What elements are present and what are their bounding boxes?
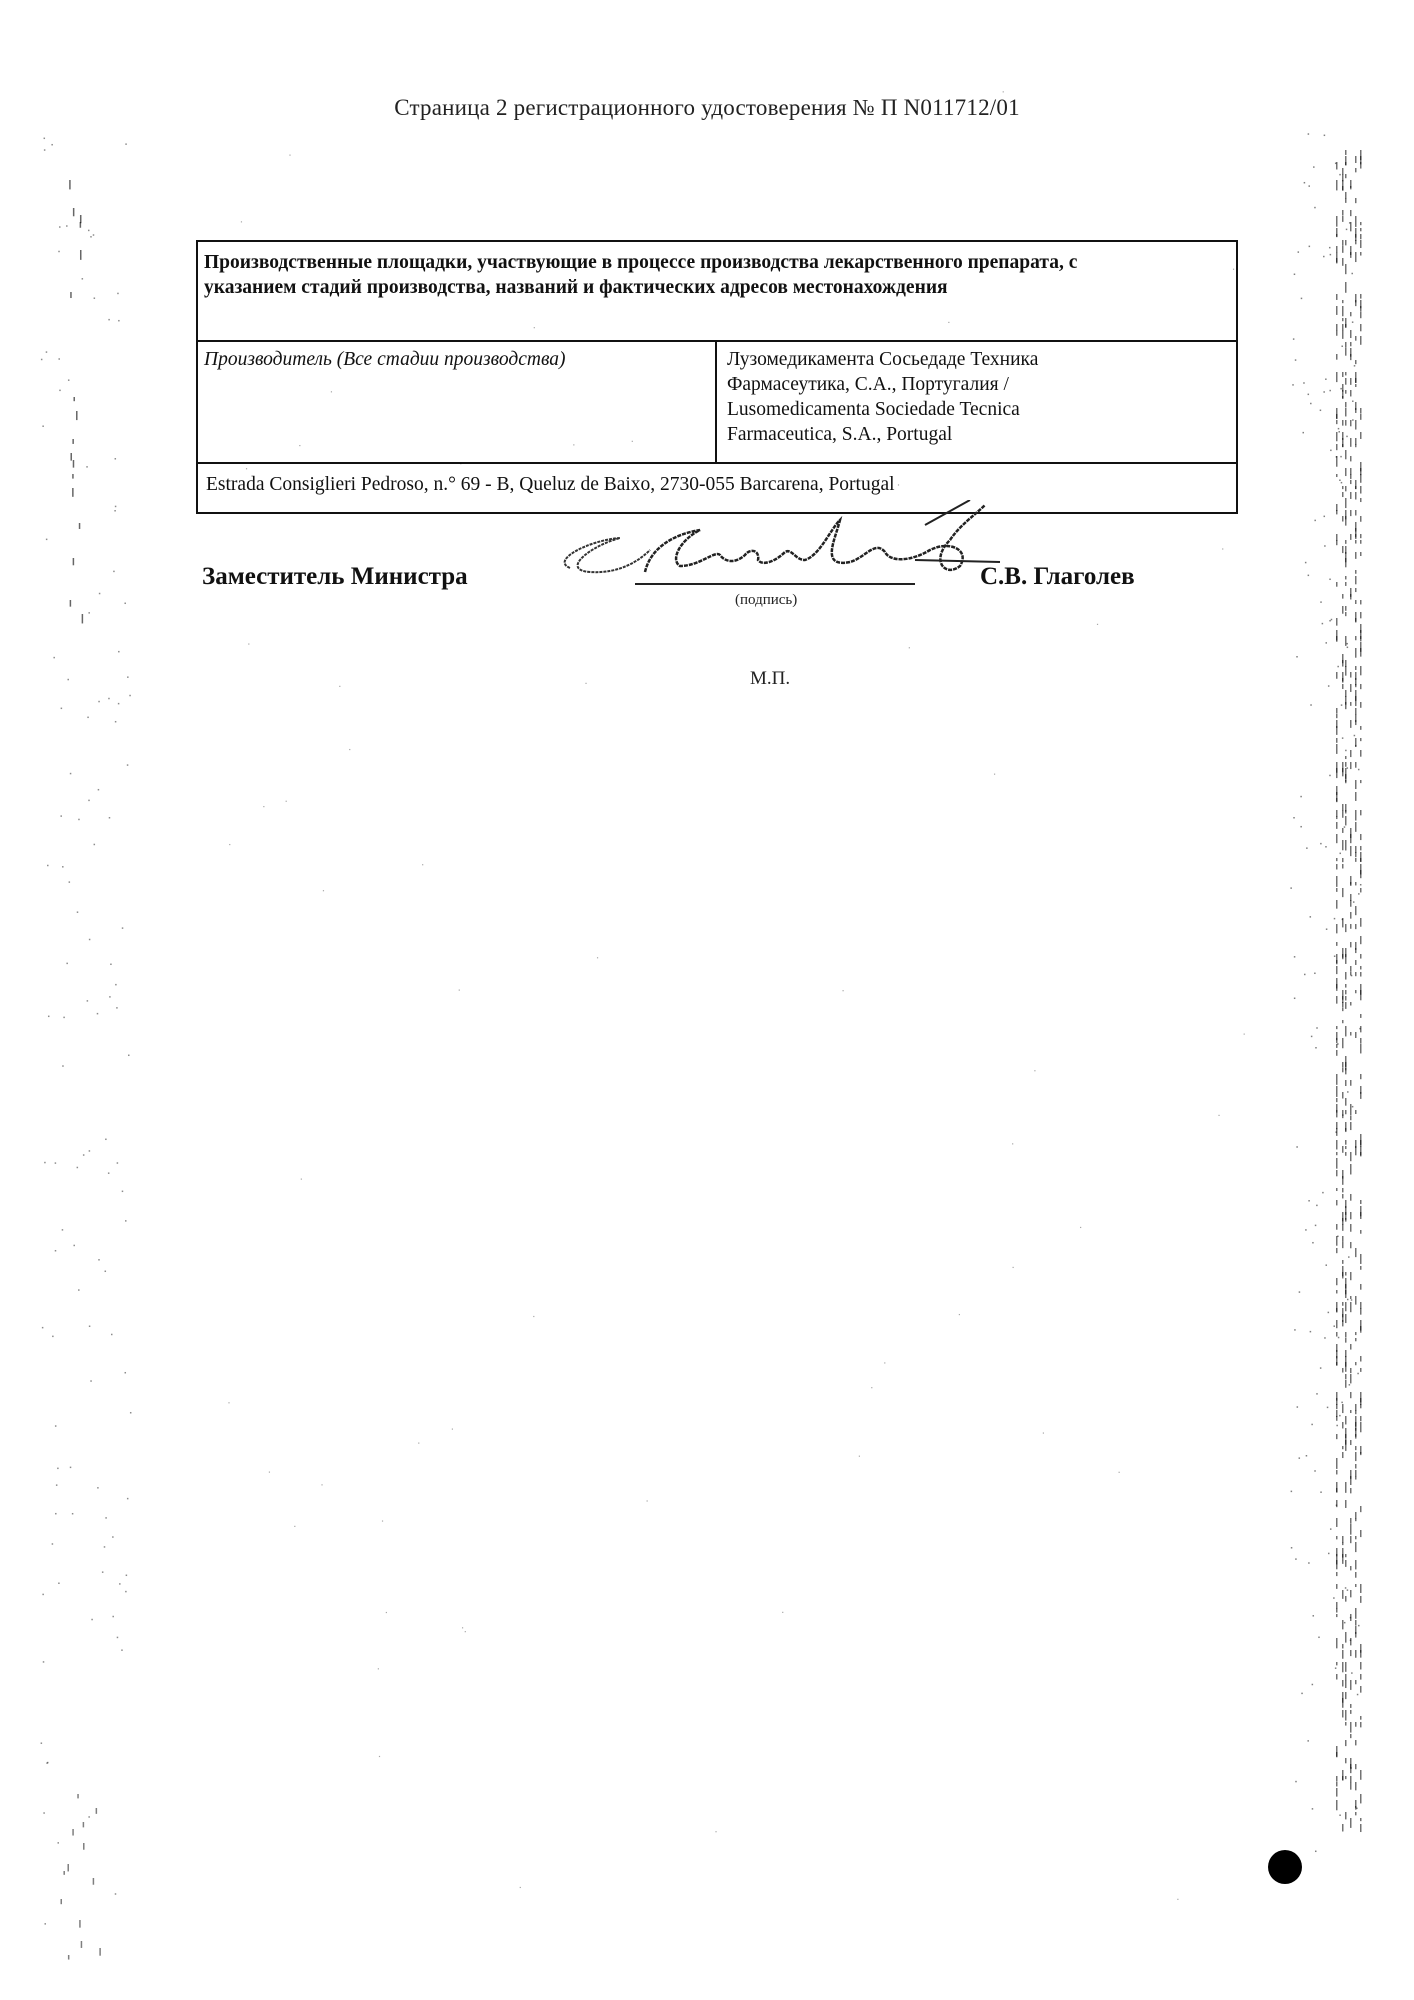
- scan-dot-mark: [1268, 1850, 1302, 1884]
- signer-name: С.В. Глаголев: [980, 563, 1135, 591]
- manufacturer-line: Фармасеутика, С.А., Португалия /: [727, 372, 1230, 397]
- table-row: Производитель (Все стадии производства) …: [197, 341, 1237, 463]
- signature-line: [635, 583, 915, 585]
- signature-block: Заместитель Министра (подпись) С.В. Глаг…: [0, 500, 1414, 650]
- manufacturer-line: Лузомедикамента Сосьедаде Техника: [727, 347, 1230, 372]
- table-header-cell: Производственные площадки, участвующие в…: [197, 241, 1237, 341]
- production-sites-table: Производственные площадки, участвующие в…: [196, 240, 1238, 514]
- signature-caption: (подпись): [735, 592, 797, 609]
- manufacturer-line: Lusomedicamenta Sociedade Tecnica: [727, 397, 1230, 422]
- manufacturer-line: Farmaceutica, S.A., Portugal: [727, 422, 1230, 447]
- page-header: Страница 2 регистрационного удостоверени…: [0, 95, 1414, 121]
- manufacturer-cell: Лузомедикамента Сосьедаде Техника Фармас…: [716, 341, 1237, 463]
- handwritten-signature-icon: [530, 500, 1010, 600]
- signer-title: Заместитель Министра: [202, 563, 468, 591]
- stamp-place-label: М.П.: [750, 668, 790, 690]
- table-header-row: Производственные площадки, участвующие в…: [197, 241, 1237, 341]
- production-stage-cell: Производитель (Все стадии производства): [197, 341, 716, 463]
